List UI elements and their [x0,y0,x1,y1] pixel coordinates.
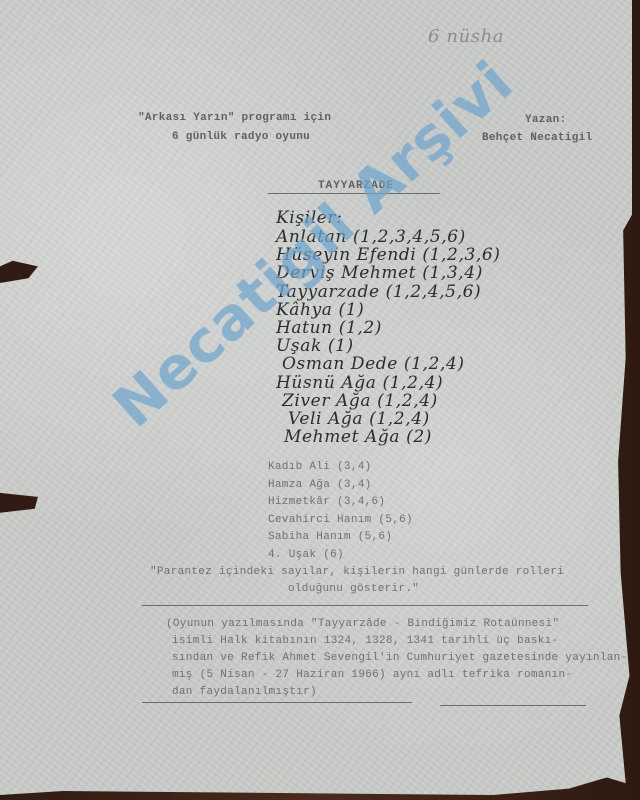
source-note-line: isimli Halk kitabının 1324, 1328, 1341 t… [172,633,592,650]
list-item: Cevahirci Hanım (5,6) [268,512,413,530]
source-note: (Oyunun yazılmasında "Tayyarzâde - Bindi… [172,616,592,701]
source-note-line: mış (5 Nisan - 27 Haziran 1966) aynı adl… [172,667,592,684]
note-bottom-rule [142,702,412,703]
source-note-line: dan faydalanılmıştır) [172,684,592,701]
header-program-line: "Arkası Yarın" programı için [138,112,331,124]
list-item: Ziver Ağa (1,2,4) [282,392,507,410]
list-item: Kadıb Ali (3,4) [268,459,413,477]
list-item: Uşak (1) [276,337,501,355]
list-item: 4. Uşak (6) [268,547,413,565]
list-item: Sabiha Hanım (5,6) [268,529,413,547]
note-top-rule [142,605,588,606]
list-item: Hamza Ağa (3,4) [268,477,413,495]
list-item: Hizmetkâr (3,4,6) [268,494,413,512]
list-item: Hatun (1,2) [276,319,501,337]
list-item: Osman Dede (1,2,4) [282,355,507,373]
list-item: Hüsnü Ağa (1,2,4) [276,374,501,392]
typed-character-list: Kadıb Ali (3,4) Hamza Ağa (3,4) Hizmetkâ… [268,459,413,564]
footnote-line-2: olduğunu gösterir." [288,583,419,595]
author-name: Behçet Necatigil [482,132,592,144]
source-note-line: (Oyunun yazılmasında "Tayyarzâde - Bindi… [166,616,586,633]
footnote-line-1: "Parantez içindeki sayılar, kişilerin ha… [150,566,564,578]
note-bottom-rule-right [440,705,586,706]
source-note-line: sından ve Refik Ahmet Sevengil'in Cumhur… [172,650,592,667]
list-item: Kâhya (1) [276,301,501,319]
handwritten-copies-note: 6 nüsha [428,26,504,47]
list-item: Mehmet Ağa (2) [284,428,509,446]
author-label: Yazan: [525,114,566,126]
header-format-line: 6 günlük radyo oyunu [172,131,310,143]
list-item: Veli Ağa (1,2,4) [288,410,513,428]
